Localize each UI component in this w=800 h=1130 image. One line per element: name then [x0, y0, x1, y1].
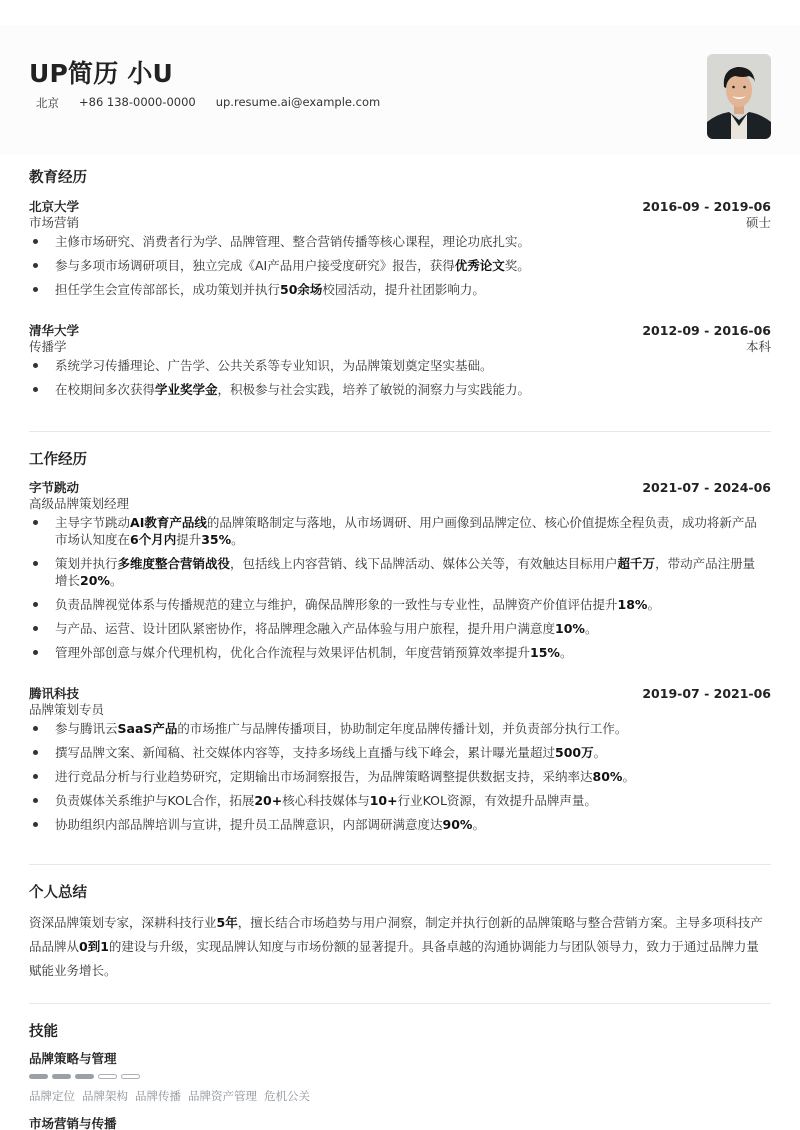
bullet-list: 参与腾讯云SaaS产品的市场推广与品牌传播项目，协助制定年度品牌传播计划，并负责… [29, 720, 771, 833]
section-divider [29, 431, 771, 432]
bullet-item: 在校期间多次获得学业奖学金，积极参与社会实践，培养了敏锐的洞察力与实践能力。 [29, 381, 771, 398]
skill-name: 品牌策略与管理 [29, 1049, 117, 1067]
resume-header: UP简历 小U 北京 +86 138-0000-0000 up.resume.a… [29, 54, 771, 144]
bullet-item: 与产品、运营、设计团队紧密协作，将品牌理念融入产品体验与用户旅程，提升用户满意度… [29, 620, 771, 637]
skill-tag: 危机公关 [264, 1088, 310, 1104]
resume-page: UP简历 小U 北京 +86 138-0000-0000 up.resume.a… [0, 0, 800, 1130]
bullet-list: 主导字节跳动AI教育产品线的品牌策略制定与落地，从市场调研、用户画像到品牌定位、… [29, 514, 771, 661]
skill-level-bar [29, 1074, 140, 1079]
education-entry: 清华大学 2012-09 - 2016-06 传播学 本科 系统学习传播理论、广… [29, 321, 771, 405]
date-range: 2021-07 - 2024-06 [642, 480, 771, 495]
section-divider [29, 864, 771, 865]
bullet-item: 参与多项市场调研项目，独立完成《AI产品用户接受度研究》报告，获得优秀论文奖。 [29, 257, 771, 274]
bullet-item: 系统学习传播理论、广告学、公共关系等专业知识，为品牌策划奠定坚实基础。 [29, 357, 771, 374]
section-title-education: 教育经历 [29, 166, 771, 187]
skill-level-pill-empty [121, 1074, 140, 1079]
contact-phone: +86 138-0000-0000 [79, 95, 196, 111]
bullet-item: 负责媒体关系维护与KOL合作，拓展20+核心科技媒体与10+行业KOL资源，有效… [29, 792, 771, 809]
section-title-skills: 技能 [29, 1020, 771, 1041]
candidate-name: UP简历 小U [29, 54, 173, 90]
avatar [707, 54, 771, 139]
summary-text: 资深品牌策划专家，深耕科技行业5年，擅长结合市场趋势与用户洞察，制定并执行创新的… [29, 911, 771, 983]
skills-section: 技能 [29, 1020, 771, 1041]
bullet-item: 参与腾讯云SaaS产品的市场推广与品牌传播项目，协助制定年度品牌传播计划，并负责… [29, 720, 771, 737]
contact-info: 北京 +86 138-0000-0000 up.resume.ai@exampl… [36, 95, 380, 111]
work-entry: 字节跳动 2021-07 - 2024-06 高级品牌策划经理 主导字节跳动AI… [29, 478, 771, 668]
skill-level-pill-filled [52, 1074, 71, 1079]
summary-section: 个人总结 [29, 881, 771, 902]
bullet-item: 主修市场研究、消费者行为学、品牌管理、整合营销传播等核心课程，理论功底扎实。 [29, 233, 771, 250]
section-title-work: 工作经历 [29, 448, 771, 469]
bullet-list: 主修市场研究、消费者行为学、品牌管理、整合营销传播等核心课程，理论功底扎实。 参… [29, 233, 771, 298]
contact-email: up.resume.ai@example.com [216, 95, 380, 111]
education-entry: 北京大学 2016-09 - 2019-06 市场营销 硕士 主修市场研究、消费… [29, 197, 771, 305]
section-title-summary: 个人总结 [29, 881, 771, 902]
bullet-list: 系统学习传播理论、广告学、公共关系等专业知识，为品牌策划奠定坚实基础。 在校期间… [29, 357, 771, 398]
bullet-item: 进行竞品分析与行业趋势研究，定期输出市场洞察报告，为品牌策略调整提供数据支持，采… [29, 768, 771, 785]
bullet-item: 主导字节跳动AI教育产品线的品牌策略制定与落地，从市场调研、用户画像到品牌定位、… [29, 514, 771, 548]
bullet-item: 策划并执行多维度整合营销战役，包括线上内容营销、线下品牌活动、媒体公关等，有效触… [29, 555, 771, 589]
work-entry: 腾讯科技 2019-07 - 2021-06 品牌策划专员 参与腾讯云SaaS产… [29, 684, 771, 840]
skill-level-pill-filled [75, 1074, 94, 1079]
bullet-item: 负责品牌视觉体系与传播规范的建立与维护，确保品牌形象的一致性与专业性，品牌资产价… [29, 596, 771, 613]
skill-tag: 品牌传播 [135, 1088, 181, 1104]
degree: 硕士 [746, 213, 771, 230]
major: 传播学 [29, 337, 67, 354]
date-range: 2012-09 - 2016-06 [642, 323, 771, 338]
bullet-item: 撰写品牌文案、新闻稿、社交媒体内容等，支持多场线上直播与线下峰会，累计曝光量超过… [29, 744, 771, 761]
date-range: 2019-07 - 2021-06 [642, 686, 771, 701]
bullet-item: 协助组织内部品牌培训与宣讲，提升员工品牌意识，内部调研满意度达90%。 [29, 816, 771, 833]
profile-photo-icon [707, 54, 771, 139]
education-section: 教育经历 [29, 166, 771, 187]
skill-tags: 品牌定位 品牌架构 品牌传播 品牌资产管理 危机公关 [29, 1088, 310, 1104]
degree: 本科 [746, 337, 771, 354]
skill-tag: 品牌资产管理 [188, 1088, 257, 1104]
work-section: 工作经历 [29, 448, 771, 469]
date-range: 2016-09 - 2019-06 [642, 199, 771, 214]
contact-city: 北京 [36, 95, 59, 111]
job-title: 高级品牌策划经理 [29, 494, 129, 511]
skill-tag: 品牌定位 [29, 1088, 75, 1104]
skill-level-pill-empty [98, 1074, 117, 1079]
skill-name: 市场营销与传播 [29, 1114, 117, 1130]
bullet-item: 管理外部创意与媒介代理机构，优化合作流程与效果评估机制，年度营销预算效率提升15… [29, 644, 771, 661]
section-divider [29, 1003, 771, 1004]
skill-tag: 品牌架构 [82, 1088, 128, 1104]
major: 市场营销 [29, 213, 79, 230]
bullet-item: 担任学生会宣传部部长，成功策划并执行50余场校园活动，提升社团影响力。 [29, 281, 771, 298]
job-title: 品牌策划专员 [29, 700, 104, 717]
skill-level-pill-filled [29, 1074, 48, 1079]
